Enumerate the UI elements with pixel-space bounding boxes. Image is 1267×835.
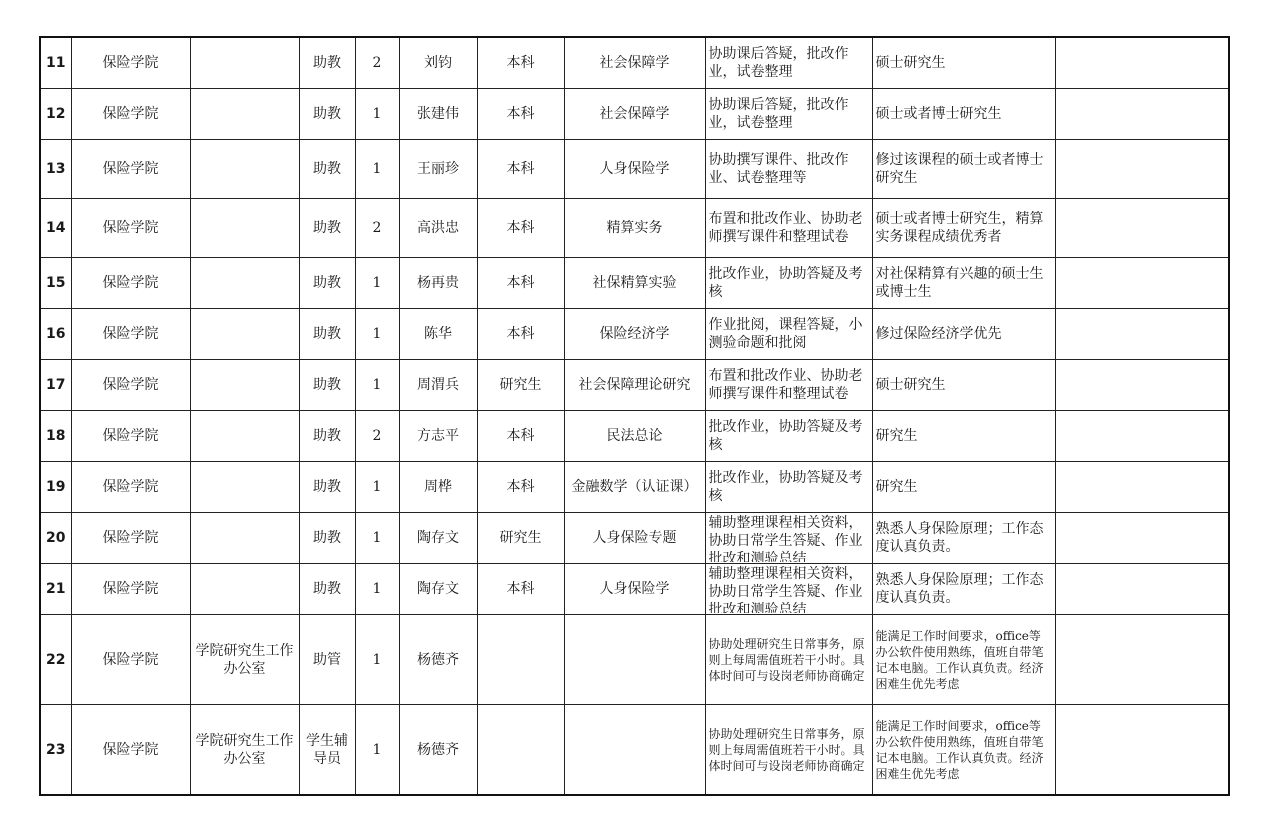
table-row: 20 保险学院 助教 1 陶存文 研究生 人身保险专题 辅助整理课程相关资料，协… <box>40 513 1229 564</box>
position-type-cell: 助教 <box>299 140 355 199</box>
level-cell: 本科 <box>477 37 564 89</box>
requirement-cell: 能满足工作时间要求，office等办公软件使用熟练，值班自带笔记本电脑。工作认真… <box>872 705 1055 796</box>
level-cell: 本科 <box>477 140 564 199</box>
level-cell <box>477 615 564 705</box>
level-cell: 研究生 <box>477 513 564 564</box>
table-row: 22 保险学院 学院研究生工作办公室 助管 1 杨德齐 协助处理研究生日常事务，… <box>40 615 1229 705</box>
table-row: 21 保险学院 助教 1 陶存文 本科 人身保险学 辅助整理课程相关资料，协助日… <box>40 564 1229 615</box>
note-cell <box>1055 564 1229 615</box>
table-row: 18 保险学院 助教 2 方志平 本科 民法总论 批改作业，协助答疑及考核 研究… <box>40 411 1229 462</box>
teacher-cell: 陶存文 <box>399 564 477 615</box>
row-index: 17 <box>40 360 71 411</box>
note-cell <box>1055 258 1229 309</box>
row-index: 20 <box>40 513 71 564</box>
teacher-cell: 杨再贵 <box>399 258 477 309</box>
headcount-cell: 1 <box>355 615 399 705</box>
level-cell: 研究生 <box>477 360 564 411</box>
course-cell: 社会保障学 <box>564 37 705 89</box>
teacher-cell: 高洪忠 <box>399 199 477 258</box>
college-cell: 保险学院 <box>71 140 190 199</box>
table-row: 16 保险学院 助教 1 陈华 本科 保险经济学 作业批阅，课程答疑，小测验命题… <box>40 309 1229 360</box>
department-cell <box>190 258 299 309</box>
requirement-cell: 修过该课程的硕士或者博士研究生 <box>872 140 1055 199</box>
headcount-cell: 1 <box>355 309 399 360</box>
requirement-cell: 对社保精算有兴趣的硕士生或博士生 <box>872 258 1055 309</box>
duty-cell: 辅助整理课程相关资料，协助日常学生答疑、作业批改和测验总结 <box>705 513 872 564</box>
teacher-cell: 方志平 <box>399 411 477 462</box>
college-cell: 保险学院 <box>71 564 190 615</box>
headcount-cell: 1 <box>355 89 399 140</box>
duty-cell: 布置和批改作业、协助老师撰写课件和整理试卷 <box>705 360 872 411</box>
course-cell: 社会保障理论研究 <box>564 360 705 411</box>
department-cell <box>190 513 299 564</box>
row-index: 15 <box>40 258 71 309</box>
headcount-cell: 1 <box>355 140 399 199</box>
note-cell <box>1055 89 1229 140</box>
department-cell <box>190 309 299 360</box>
teacher-cell: 王丽珍 <box>399 140 477 199</box>
teacher-cell: 周桦 <box>399 462 477 513</box>
department-cell <box>190 564 299 615</box>
duty-cell: 协助课后答疑，批改作业，试卷整理 <box>705 89 872 140</box>
college-cell: 保险学院 <box>71 462 190 513</box>
requirement-cell: 硕士研究生 <box>872 37 1055 89</box>
table-row: 15 保险学院 助教 1 杨再贵 本科 社保精算实验 批改作业，协助答疑及考核 … <box>40 258 1229 309</box>
level-cell: 本科 <box>477 89 564 140</box>
department-cell <box>190 462 299 513</box>
level-cell: 本科 <box>477 411 564 462</box>
note-cell <box>1055 199 1229 258</box>
duty-cell: 批改作业，协助答疑及考核 <box>705 411 872 462</box>
position-type-cell: 助教 <box>299 360 355 411</box>
college-cell: 保险学院 <box>71 615 190 705</box>
course-cell: 金融数学（认证课） <box>564 462 705 513</box>
row-index: 14 <box>40 199 71 258</box>
college-cell: 保险学院 <box>71 309 190 360</box>
department-cell <box>190 140 299 199</box>
duty-cell: 协助撰写课件、批改作业、试卷整理等 <box>705 140 872 199</box>
teacher-cell: 周渭兵 <box>399 360 477 411</box>
headcount-cell: 2 <box>355 37 399 89</box>
level-cell <box>477 705 564 796</box>
requirement-cell: 研究生 <box>872 411 1055 462</box>
headcount-cell: 1 <box>355 258 399 309</box>
requirement-cell: 硕士或者博士研究生，精算实务课程成绩优秀者 <box>872 199 1055 258</box>
teacher-cell: 杨德齐 <box>399 615 477 705</box>
position-type-cell: 助教 <box>299 462 355 513</box>
course-cell: 人身保险专题 <box>564 513 705 564</box>
note-cell <box>1055 462 1229 513</box>
row-index: 13 <box>40 140 71 199</box>
requirement-cell: 熟悉人身保险原理；工作态度认真负责。 <box>872 513 1055 564</box>
table-row: 19 保险学院 助教 1 周桦 本科 金融数学（认证课） 批改作业，协助答疑及考… <box>40 462 1229 513</box>
duty-cell: 批改作业，协助答疑及考核 <box>705 462 872 513</box>
course-cell <box>564 615 705 705</box>
row-index: 19 <box>40 462 71 513</box>
headcount-cell: 1 <box>355 360 399 411</box>
college-cell: 保险学院 <box>71 258 190 309</box>
requirement-cell: 研究生 <box>872 462 1055 513</box>
requirement-cell: 硕士或者博士研究生 <box>872 89 1055 140</box>
duty-cell: 作业批阅，课程答疑，小测验命题和批阅 <box>705 309 872 360</box>
table-row: 13 保险学院 助教 1 王丽珍 本科 人身保险学 协助撰写课件、批改作业、试卷… <box>40 140 1229 199</box>
headcount-cell: 1 <box>355 513 399 564</box>
position-type-cell: 助教 <box>299 89 355 140</box>
teacher-cell: 刘钧 <box>399 37 477 89</box>
requirement-cell: 硕士研究生 <box>872 360 1055 411</box>
college-cell: 保险学院 <box>71 513 190 564</box>
headcount-cell: 1 <box>355 564 399 615</box>
duty-cell: 协助课后答疑，批改作业，试卷整理 <box>705 37 872 89</box>
position-type-cell: 助教 <box>299 513 355 564</box>
note-cell <box>1055 705 1229 796</box>
course-cell: 精算实务 <box>564 199 705 258</box>
department-cell <box>190 199 299 258</box>
position-type-cell: 学生辅导员 <box>299 705 355 796</box>
row-index: 16 <box>40 309 71 360</box>
position-type-cell: 助教 <box>299 37 355 89</box>
headcount-cell: 2 <box>355 411 399 462</box>
note-cell <box>1055 615 1229 705</box>
table-row: 14 保险学院 助教 2 高洪忠 本科 精算实务 布置和批改作业、协助老师撰写课… <box>40 199 1229 258</box>
course-cell: 民法总论 <box>564 411 705 462</box>
department-cell: 学院研究生工作办公室 <box>190 615 299 705</box>
table-row: 17 保险学院 助教 1 周渭兵 研究生 社会保障理论研究 布置和批改作业、协助… <box>40 360 1229 411</box>
course-cell: 社保精算实验 <box>564 258 705 309</box>
note-cell <box>1055 140 1229 199</box>
duty-cell: 布置和批改作业、协助老师撰写课件和整理试卷 <box>705 199 872 258</box>
row-index: 18 <box>40 411 71 462</box>
duty-cell: 批改作业，协助答疑及考核 <box>705 258 872 309</box>
requirement-cell: 熟悉人身保险原理；工作态度认真负责。 <box>872 564 1055 615</box>
note-cell <box>1055 360 1229 411</box>
position-type-cell: 助教 <box>299 258 355 309</box>
position-type-cell: 助教 <box>299 199 355 258</box>
level-cell: 本科 <box>477 309 564 360</box>
course-cell: 人身保险学 <box>564 564 705 615</box>
college-cell: 保险学院 <box>71 411 190 462</box>
college-cell: 保险学院 <box>71 705 190 796</box>
note-cell <box>1055 513 1229 564</box>
table-body: 11 保险学院 助教 2 刘钧 本科 社会保障学 协助课后答疑，批改作业，试卷整… <box>40 37 1229 795</box>
position-type-cell: 助管 <box>299 615 355 705</box>
document-page: 11 保险学院 助教 2 刘钧 本科 社会保障学 协助课后答疑，批改作业，试卷整… <box>39 36 1230 796</box>
teacher-cell: 杨德齐 <box>399 705 477 796</box>
row-index: 21 <box>40 564 71 615</box>
table-row: 11 保险学院 助教 2 刘钧 本科 社会保障学 协助课后答疑，批改作业，试卷整… <box>40 37 1229 89</box>
department-cell <box>190 37 299 89</box>
position-type-cell: 助教 <box>299 564 355 615</box>
headcount-cell: 1 <box>355 462 399 513</box>
department-cell: 学院研究生工作办公室 <box>190 705 299 796</box>
level-cell: 本科 <box>477 564 564 615</box>
duty-cell: 协助处理研究生日常事务，原则上每周需值班若干小时。具体时间可与设岗老师协商确定 <box>705 615 872 705</box>
college-cell: 保险学院 <box>71 360 190 411</box>
row-index: 12 <box>40 89 71 140</box>
level-cell: 本科 <box>477 258 564 309</box>
row-index: 11 <box>40 37 71 89</box>
table-row: 12 保险学院 助教 1 张建伟 本科 社会保障学 协助课后答疑，批改作业，试卷… <box>40 89 1229 140</box>
position-type-cell: 助教 <box>299 411 355 462</box>
headcount-cell: 1 <box>355 705 399 796</box>
course-cell <box>564 705 705 796</box>
row-index: 23 <box>40 705 71 796</box>
teacher-cell: 陶存文 <box>399 513 477 564</box>
duty-cell: 辅助整理课程相关资料，协助日常学生答疑、作业批改和测验总结 <box>705 564 872 615</box>
teacher-cell: 张建伟 <box>399 89 477 140</box>
note-cell <box>1055 411 1229 462</box>
requirement-cell: 修过保险经济学优先 <box>872 309 1055 360</box>
department-cell <box>190 360 299 411</box>
table-row: 23 保险学院 学院研究生工作办公室 学生辅导员 1 杨德齐 协助处理研究生日常… <box>40 705 1229 796</box>
duty-cell: 协助处理研究生日常事务，原则上每周需值班若干小时。具体时间可与设岗老师协商确定 <box>705 705 872 796</box>
course-cell: 人身保险学 <box>564 140 705 199</box>
level-cell: 本科 <box>477 462 564 513</box>
ta-position-table: 11 保险学院 助教 2 刘钧 本科 社会保障学 协助课后答疑，批改作业，试卷整… <box>39 36 1230 796</box>
course-cell: 社会保障学 <box>564 89 705 140</box>
level-cell: 本科 <box>477 199 564 258</box>
teacher-cell: 陈华 <box>399 309 477 360</box>
department-cell <box>190 411 299 462</box>
note-cell <box>1055 37 1229 89</box>
department-cell <box>190 89 299 140</box>
requirement-cell: 能满足工作时间要求，office等办公软件使用熟练，值班自带笔记本电脑。工作认真… <box>872 615 1055 705</box>
course-cell: 保险经济学 <box>564 309 705 360</box>
college-cell: 保险学院 <box>71 37 190 89</box>
note-cell <box>1055 309 1229 360</box>
position-type-cell: 助教 <box>299 309 355 360</box>
college-cell: 保险学院 <box>71 199 190 258</box>
college-cell: 保险学院 <box>71 89 190 140</box>
headcount-cell: 2 <box>355 199 399 258</box>
row-index: 22 <box>40 615 71 705</box>
